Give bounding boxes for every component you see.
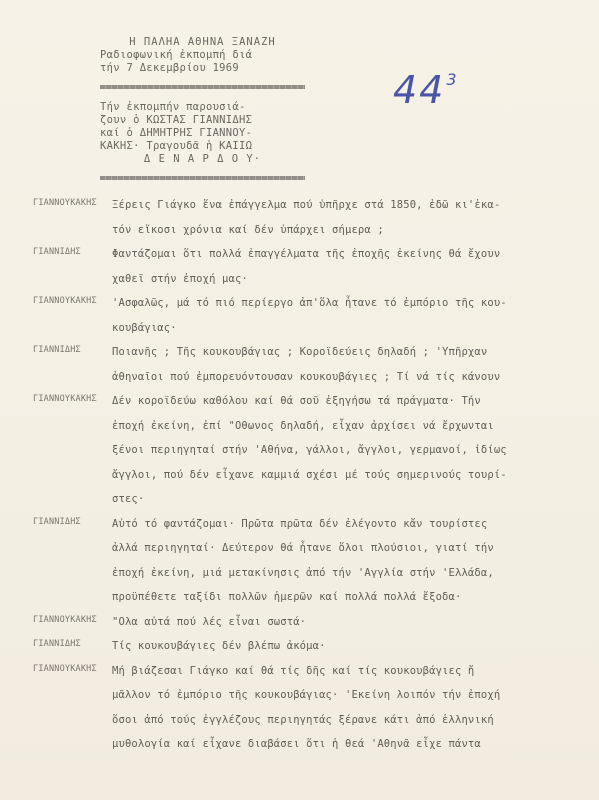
- speaker-label: ΓΙΑΝΝΙΔΗΣ: [33, 247, 123, 257]
- dialogue-turn: ΓΙΑΝΝΟΥΚΑΚΗΣ Ξέρεις Γιάγκο ἕνα ἐπάγγελμα…: [0, 198, 599, 247]
- dashed-rule-top: [100, 85, 305, 89]
- speaker-label: ΓΙΑΝΝΟΥΚΑΚΗΣ: [33, 296, 123, 306]
- dialogue-line: ἐποχή ἐκείνη, μιά μετακίνησις ἀπό τήν 'Α…: [112, 566, 599, 591]
- page-number-text: 44: [393, 68, 445, 112]
- dialogue-line: μᾶλλον τό ἐμπόριο τῆς κουκουβάγιας· 'Εκε…: [112, 688, 599, 713]
- dialogue-turn: ΓΙΑΝΝΟΥΚΑΚΗΣ "Ολα αὐτά πού λές εἶναι σωσ…: [0, 615, 599, 640]
- dialogue-line: ἐποχή ἐκείνη, ἐπί "Οθωνος δηλαδή, εἶχαν …: [112, 419, 599, 444]
- speaker-label: ΓΙΑΝΝΟΥΚΑΚΗΣ: [33, 198, 123, 208]
- dialogue-turn: ΓΙΑΝΝΟΥΚΑΚΗΣ 'Ασφαλῶς, μά τό πιό περίεργ…: [0, 296, 599, 345]
- dialogue-line: 'Ασφαλῶς, μά τό πιό περίεργο ἀπ'ὅλα ἦταν…: [112, 296, 599, 321]
- dialogue-line: χαθεῖ στήν ἐποχή μας·: [112, 272, 599, 297]
- document-header: Η ΠΑΛΗΑ ΑΘΗΝΑ ΞΑΝΑΖΗ Ραδιοφωνική ἐκπομπή…: [100, 36, 305, 192]
- program-title: Η ΠΑΛΗΑ ΑΘΗΝΑ ΞΑΝΑΖΗ: [100, 36, 305, 49]
- dialogue-line: Αὐτό τό φαντάζομαι· Πρῶτα πρῶτα δέν ἐλέγ…: [112, 517, 599, 542]
- program-subtitle: Ραδιοφωνική ἐκπομπή διά: [100, 49, 305, 62]
- typewritten-page: Η ΠΑΛΗΑ ΑΘΗΝΑ ΞΑΝΑΖΗ Ραδιοφωνική ἐκπομπή…: [0, 0, 599, 800]
- dialogue-line: Φαντάζομαι ὅτι πολλά ἐπαγγέλματα τῆς ἐπο…: [112, 247, 599, 272]
- dialogue-line: ὅσοι ἀπό τούς ἐγγλέζους περιηγητάς ξέραν…: [112, 713, 599, 738]
- dialogue-turn: ΓΙΑΝΝΙΔΗΣ Ποιανῆς ; Τῆς κουκουβάγιας ; Κ…: [0, 345, 599, 394]
- dialogue-turn: ΓΙΑΝΝΙΔΗΣ Αὐτό τό φαντάζομαι· Πρῶτα πρῶτ…: [0, 517, 599, 615]
- dialogue-line: Δέν κοροϊδεύω καθόλου καί θά σοῦ ἐξηγήσω…: [112, 394, 599, 419]
- dialogue-line: μυθολογία καί εἶχανε διαβάσει ὅτι ἡ θεά …: [112, 737, 599, 762]
- speaker-label: ΓΙΑΝΝΙΔΗΣ: [33, 639, 123, 649]
- dialogue-turn: ΓΙΑΝΝΟΥΚΑΚΗΣ Δέν κοροϊδεύω καθόλου καί θ…: [0, 394, 599, 517]
- dialogue-line: ἀθηναῖοι πού ἐμπορευόντουσαν κουκουβάγιε…: [112, 370, 599, 395]
- dialogue-line: ἀλλά περιηγηταί· Δεύτερον θά ἦτανε ὅλοι …: [112, 541, 599, 566]
- dialogue-line: Ποιανῆς ; Τῆς κουκουβάγιας ; Κοροϊδεύεις…: [112, 345, 599, 370]
- presenters-line-2: ζουν ὁ ΚΩΣΤΑΣ ΓΙΑΝΝΙΔΗΣ: [100, 114, 305, 127]
- dialogue-turn: ΓΙΑΝΝΟΥΚΑΚΗΣ Μή βιάζεσαι Γιάγκο καί θά τ…: [0, 664, 599, 762]
- handwritten-page-number: 443: [393, 68, 459, 112]
- presenters-line-1: Τήν ἐκπομπήν παρουσιά-: [100, 101, 305, 114]
- speaker-label: ΓΙΑΝΝΟΥΚΑΚΗΣ: [33, 615, 123, 625]
- speaker-label: ΓΙΑΝΝΟΥΚΑΚΗΣ: [33, 394, 123, 404]
- speaker-label: ΓΙΑΝΝΙΔΗΣ: [33, 345, 123, 355]
- dialogue-turn: ΓΙΑΝΝΙΔΗΣ Φαντάζομαι ὅτι πολλά ἐπαγγέλμα…: [0, 247, 599, 296]
- dashed-rule-bottom: [100, 176, 305, 180]
- presenters-line-4: ΚΑΚΗΣ· Τραγουδᾶ ἡ ΚΑΙΙΩ: [100, 140, 305, 153]
- presenters-line-3: καί ὁ ΔΗΜΗΤΡΗΣ ΓΙΑΝΝΟΥ-: [100, 127, 305, 140]
- dialogue-turn: ΓΙΑΝΝΙΔΗΣ Τίς κουκουβάγιες δέν βλέπω ἀκό…: [0, 639, 599, 664]
- dialogue-line: Ξέρεις Γιάγκο ἕνα ἐπάγγελμα πού ὑπῆρχε σ…: [112, 198, 599, 223]
- presenters-line-5: Δ Ε Ν Α Ρ Δ Ο Υ·: [100, 153, 305, 166]
- page-number-superscript: 3: [446, 70, 458, 89]
- dialogue-line: "Ολα αὐτά πού λές εἶναι σωστά·: [112, 615, 599, 640]
- dialogue-line: στες·: [112, 492, 599, 517]
- dialogue-line: Μή βιάζεσαι Γιάγκο καί θά τίς δῆς καί τί…: [112, 664, 599, 689]
- dialogue-line: Τίς κουκουβάγιες δέν βλέπω ἀκόμα·: [112, 639, 599, 664]
- dialogue-script: ΓΙΑΝΝΟΥΚΑΚΗΣ Ξέρεις Γιάγκο ἕνα ἐπάγγελμα…: [0, 198, 599, 762]
- dialogue-line: ξένοι περιηγηταί στήν 'Αθήνα, γάλλοι, ἄγ…: [112, 443, 599, 468]
- dialogue-line: ἄγγλοι, πού δέν εἶχανε καμμιά σχέσι μέ τ…: [112, 468, 599, 493]
- speaker-label: ΓΙΑΝΝΙΔΗΣ: [33, 517, 123, 527]
- speaker-label: ΓΙΑΝΝΟΥΚΑΚΗΣ: [33, 664, 123, 674]
- dialogue-line: κουβάγιας·: [112, 321, 599, 346]
- dialogue-line: προϋπέθετε ταξίδι πολλῶν ἡμερῶν καί πολλ…: [112, 590, 599, 615]
- program-date: τήν 7 Δεκεμβρίου 1969: [100, 62, 305, 75]
- dialogue-line: τόν εἴκοσι χρόνια καί δέν ὑπάρχει σήμερα…: [112, 223, 599, 248]
